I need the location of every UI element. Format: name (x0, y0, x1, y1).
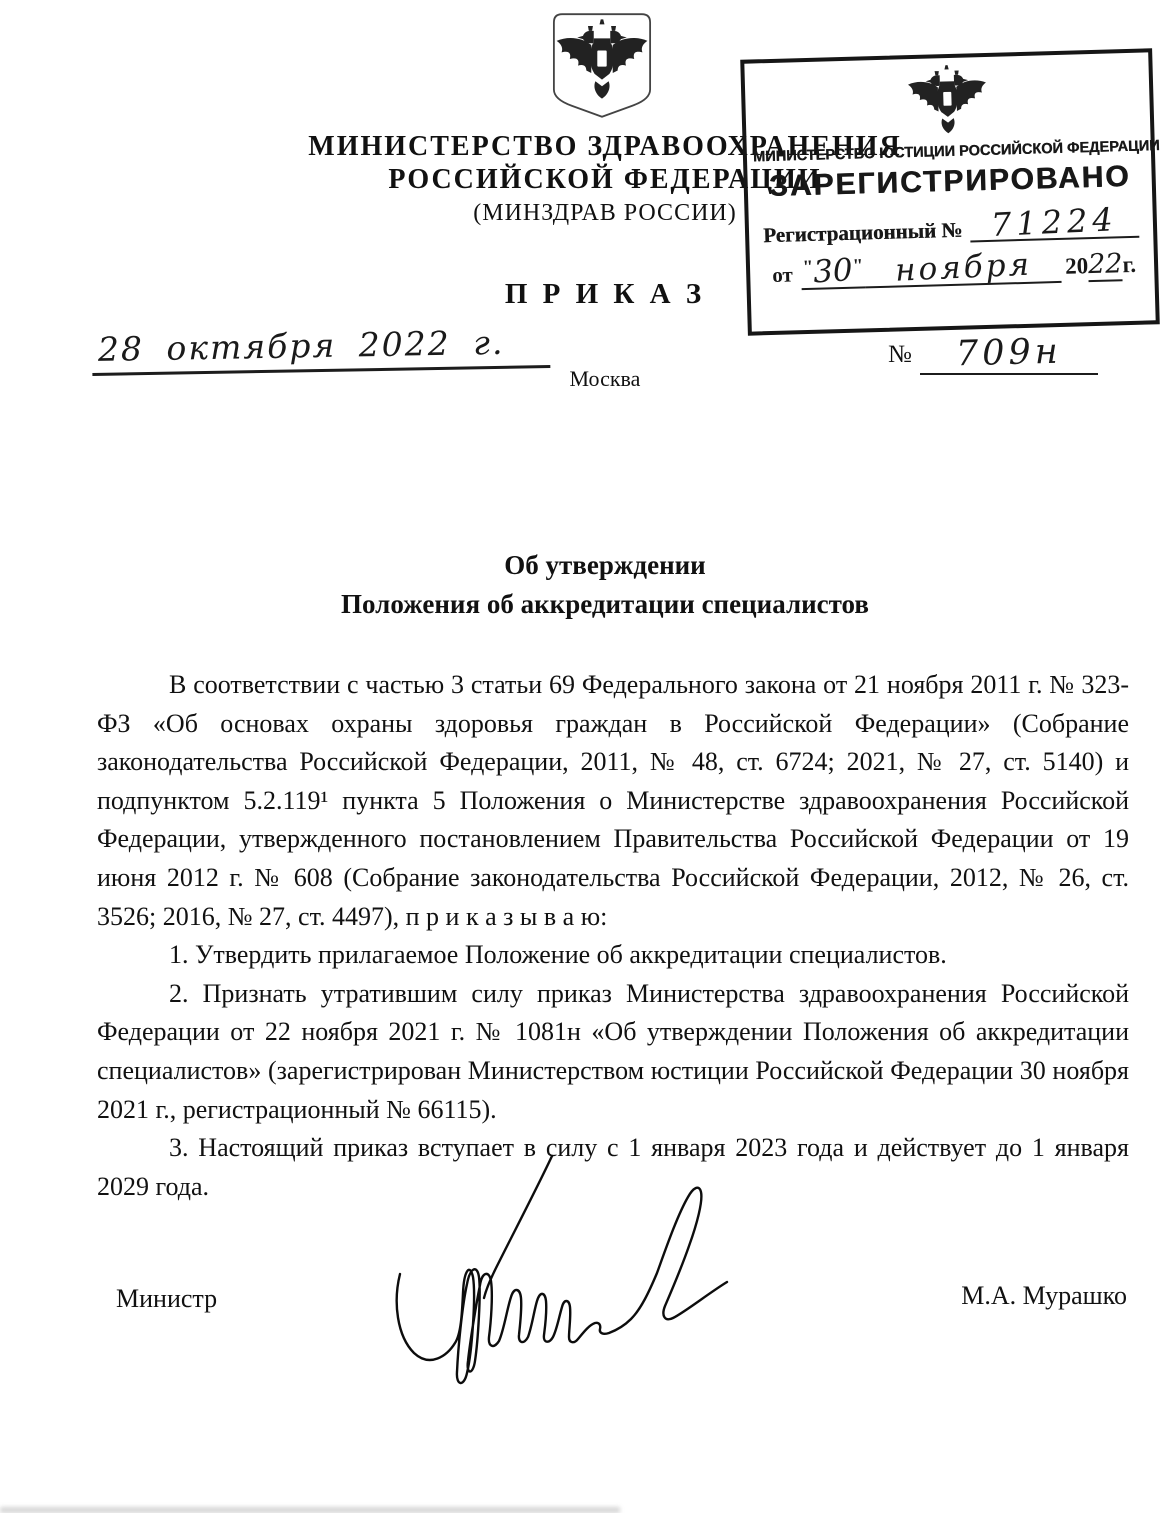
stamp-date-month-handwritten: ноября (894, 250, 1032, 287)
number-sign: № (888, 341, 912, 375)
number-line: 709н (920, 336, 1098, 375)
scan-artifact (0, 1507, 620, 1513)
stamp-year-handwritten: 22 (1088, 248, 1123, 282)
stamp-eagle-icon (902, 62, 992, 142)
stamp-date-year: 2022г. (1065, 248, 1137, 283)
order-title: Об утверждении Положения об аккредитации… (40, 546, 1170, 624)
stamp-date-from-label: от (772, 262, 793, 291)
signer-name: М.А. Мурашко (961, 1281, 1127, 1311)
intro-paragraph: В соответствии с частью 3 статьи 69 Феде… (97, 666, 1129, 936)
stamp-registered-label: ЗАРЕГИСТРИРОВАНО (747, 159, 1152, 204)
signer-post: Министр (116, 1284, 217, 1314)
order-item-1: 1. Утвердить прилагаемое Положение об ак… (97, 936, 1129, 975)
stamp-date-row: от "30" ноября 2022г. (772, 248, 1137, 291)
stamp-year-g-label: г. (1122, 252, 1136, 277)
stamp-quote-close: " (852, 255, 863, 276)
stamp-reg-number-handwritten: 71224 (990, 203, 1118, 241)
stamp-date-day-handwritten: 30 (812, 255, 853, 288)
minister-signature-autograph (392, 1146, 737, 1394)
stamp-date-month-line: ноября (865, 250, 1062, 288)
stamp-year-printed: 20 (1065, 253, 1089, 279)
order-number: № 709н (888, 336, 1098, 375)
order-body: В соответствии с частью 3 статьи 69 Феде… (97, 666, 1129, 1206)
order-title-line1: Об утверждении (40, 546, 1170, 585)
order-number-value-handwritten: 709н (955, 335, 1062, 375)
justice-registration-stamp: МИНИСТЕРСТВО ЮСТИЦИИ РОССИЙСКОЙ ФЕДЕРАЦИ… (740, 48, 1160, 335)
stamp-reg-number-line: 71224 (970, 204, 1140, 243)
order-title-line2: Положения об аккредитации специалистов (40, 585, 1170, 624)
stamp-reg-number-row: Регистрационный № 71224 (763, 204, 1140, 248)
coat-of-arms-icon (543, 6, 661, 124)
stamp-date-day-line: "30" (800, 255, 865, 290)
order-item-2: 2. Признать утратившим силу приказ Минис… (97, 975, 1129, 1129)
stamp-reg-number-label: Регистрационный № (763, 218, 963, 249)
scanned-order-page: МИНИСТЕРСТВО ЗДРАВООХРАНЕНИЯ РОССИЙСКОЙ … (0, 0, 1170, 1513)
